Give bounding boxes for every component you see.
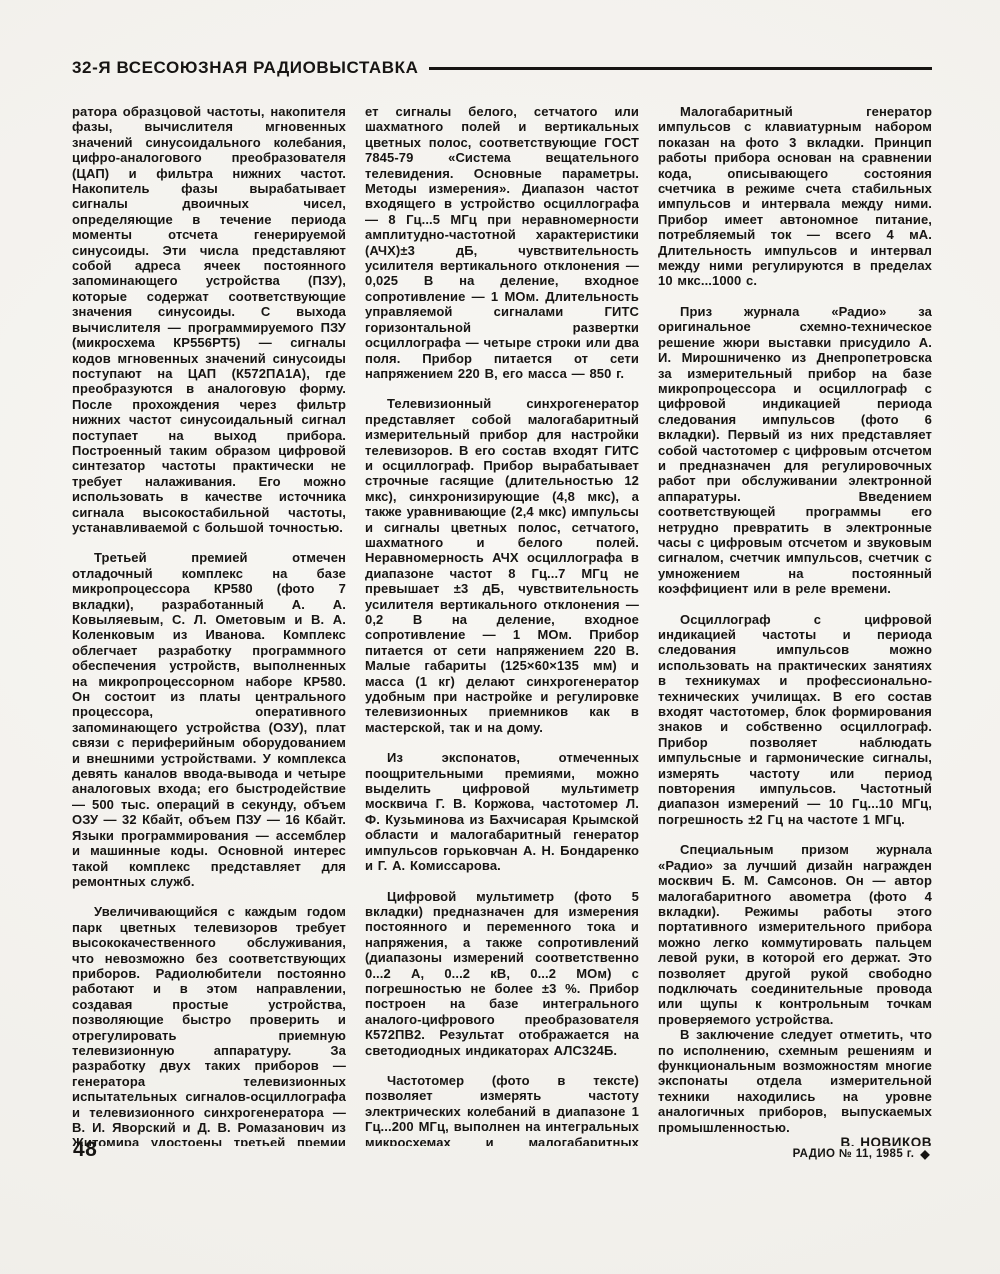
- journal-issue-text: РАДИО № 11, 1985 г.: [793, 1148, 915, 1160]
- paragraph: Приз журнала «Радио» за оригинальное схе…: [658, 304, 932, 597]
- paragraph: ратора образцовой частоты, накопителя фа…: [72, 104, 346, 535]
- paragraph: Специальным призом журнала «Радио» за лу…: [658, 842, 932, 1027]
- paragraph: ет сигналы белого, сетчатого или шахматн…: [365, 104, 639, 381]
- column-2: ет сигналы белого, сетчатого или шахматн…: [365, 104, 639, 1146]
- paragraph: Цифровой мультиметр (фото 5 вкладки) пре…: [365, 889, 639, 1058]
- paragraph: Малогабаритный генератор импульсов с кла…: [658, 104, 932, 289]
- header-rule: [429, 67, 932, 70]
- magazine-page: 32-Я ВСЕСОЮЗНАЯ РАДИОВЫСТАВКА ратора обр…: [0, 0, 1000, 1274]
- diamond-icon: ◆: [920, 1148, 930, 1160]
- masthead: 32-Я ВСЕСОЮЗНАЯ РАДИОВЫСТАВКА: [72, 58, 932, 78]
- article-body: ратора образцовой частоты, накопителя фа…: [72, 104, 932, 1146]
- paragraph: Увеличивающийся с каждым годом парк цвет…: [72, 904, 346, 1146]
- paragraph: Третьей премией отмечен отладочный компл…: [72, 550, 346, 889]
- paragraph: Из экспонатов, отмеченных поощрительными…: [365, 750, 639, 873]
- author-signature: В. НОВИКОВ: [658, 1135, 932, 1146]
- column-3: Малогабаритный генератор импульсов с кла…: [658, 104, 932, 1146]
- paragraph: В заключение следует отметить, что по ис…: [658, 1027, 932, 1135]
- paragraph: Осциллограф с цифровой индикацией частот…: [658, 612, 932, 828]
- journal-issue-footer: РАДИО № 11, 1985 г. ◆: [793, 1148, 930, 1160]
- paragraph: Частотомер (фото в тексте) позволяет изм…: [365, 1073, 639, 1146]
- page-number: 48: [73, 1138, 97, 1162]
- column-1: ратора образцовой частоты, накопителя фа…: [72, 104, 346, 1146]
- section-header: 32-Я ВСЕСОЮЗНАЯ РАДИОВЫСТАВКА: [72, 58, 419, 78]
- paragraph: Телевизионный синхрогенератор представля…: [365, 396, 639, 735]
